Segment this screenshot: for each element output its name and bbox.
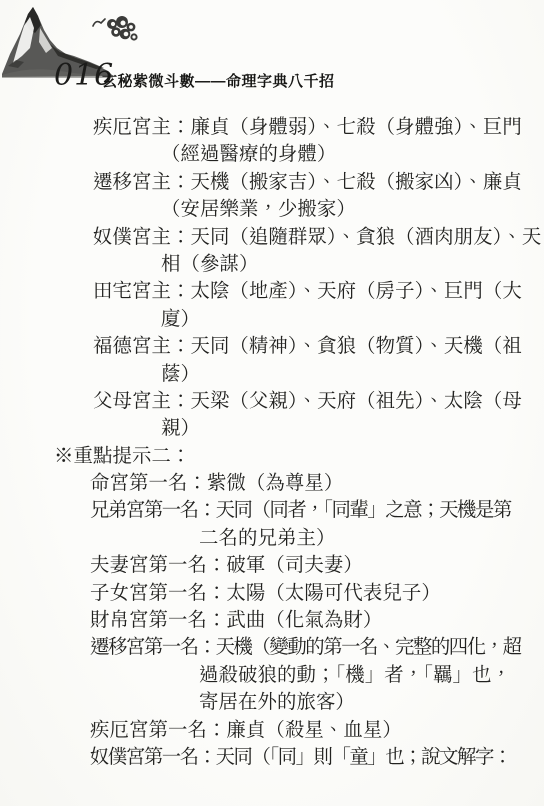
text-line: 奴僕宮第一名：天同（「同」則「童」也；說文解字： [0, 744, 544, 771]
text-line: 相（參謀） [0, 251, 544, 278]
book-title: 玄秘紫微斗數——命理字典八千招 [102, 73, 335, 91]
text-line: 遷移宮主：天機（搬家吉）、七殺（搬家凶）、廉貞 [0, 169, 544, 196]
text-line: （經過醫療的身體） [0, 141, 544, 168]
text-line: 寄居在外的旅客） [0, 689, 544, 716]
text-line: 父母宮主：天梁（父親）、天府（祖先）、太陰（母 [0, 388, 544, 415]
text-line: 財帛宮第一名：武曲（化氣為財） [0, 607, 544, 634]
text-line: 田宅宮主：太陰（地產）、天府（房子）、巨門（大 [0, 278, 544, 305]
text-line: 兄弟宮第一名：天同（同者，「同輩」之意；天機是第 [0, 497, 544, 524]
book-page: 016 玄秘紫微斗數——命理字典八千招 疾厄宮主：廉貞（身體弱）、七殺（身體強）… [0, 0, 544, 806]
text-line: 親） [0, 415, 544, 442]
text-line: （安居樂業，少搬家） [0, 196, 544, 223]
text-line: 疾厄宮主：廉貞（身體弱）、七殺（身體強）、巨門 [0, 114, 544, 141]
cloud-ornament-icon [92, 15, 138, 45]
text-line: 疾厄宮第一名：廉貞（殺星、血星） [0, 717, 544, 744]
section-heading: ※重點提示二： [0, 443, 544, 470]
text-line: 福德宮主：天同（精神）、貪狼（物質）、天機（祖 [0, 333, 544, 360]
text-line: 遷移宮第一名：天機（變動的第一名、完整的四化，超 [0, 634, 544, 661]
text-line: 蔭） [0, 361, 544, 388]
text-line: 命宮第一名：紫微（為尊星） [0, 470, 544, 497]
text-line: 二名的兄弟主） [0, 525, 544, 552]
text-line: 廈） [0, 306, 544, 333]
text-line: 奴僕宮主：天同（追隨群眾）、貪狼（酒肉朋友）、天 [0, 224, 544, 251]
text-line: 夫妻宮第一名：破軍（司夫妻） [0, 552, 544, 579]
body-text: 疾厄宮主：廉貞（身體弱）、七殺（身體強）、巨門 （經過醫療的身體） 遷移宮主：天… [0, 114, 544, 771]
text-line: 子女宮第一名：太陽（太陽可代表兒子） [0, 580, 544, 607]
text-line: 過殺破狼的動；「機」者，「羈」也， [0, 662, 544, 689]
